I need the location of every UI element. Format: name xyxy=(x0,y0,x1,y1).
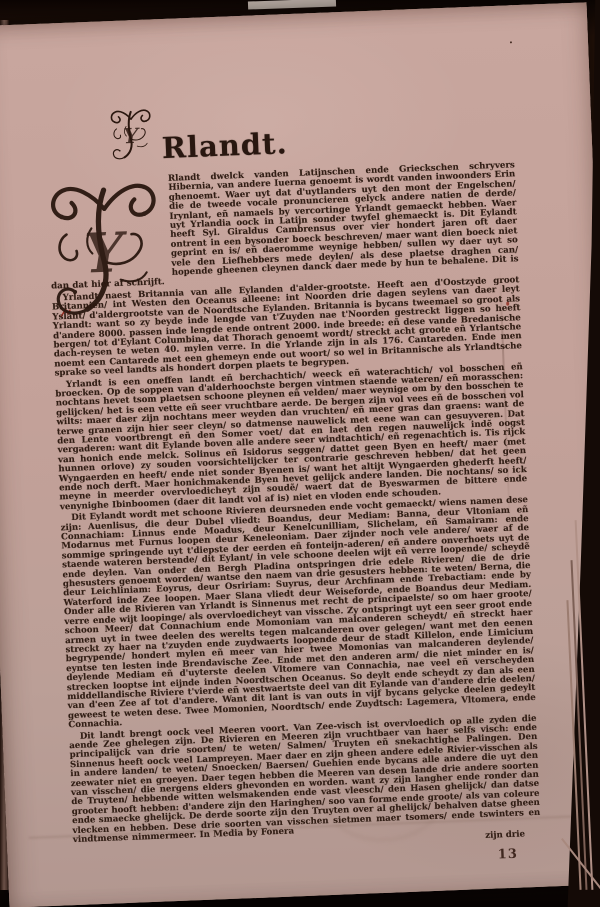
body-paragraph: Dit Eylandt wordt met schoone Rivieren d… xyxy=(60,496,536,731)
body-paragraph: Yrlandt naest Britannia van alle Eylande… xyxy=(52,276,523,379)
text-block: Y Rlandt. Y Rlandt dwelck vanden Latijns… xyxy=(44,89,542,879)
drop-cap: Y xyxy=(47,177,163,273)
title-initial-letter: Y xyxy=(123,123,141,149)
page-title: Y Rlandt. xyxy=(106,89,514,165)
photo-of-book-page: Y Rlandt. Y Rlandt dwelck vanden Latijns… xyxy=(0,0,600,907)
body-paragraph: Yrlandt is een oneffen landt eñ berchach… xyxy=(55,363,528,513)
underlying-page-sliver xyxy=(248,0,336,10)
title-text: Rlandt. xyxy=(161,129,288,163)
ink-speck xyxy=(510,41,512,43)
ornate-title-initial-icon: Y xyxy=(106,105,155,165)
book-page: Y Rlandt. Y Rlandt dwelck vanden Latijns… xyxy=(0,2,600,907)
body-paragraph: Dit landt brengt oock veel Meeren voort.… xyxy=(69,714,541,845)
